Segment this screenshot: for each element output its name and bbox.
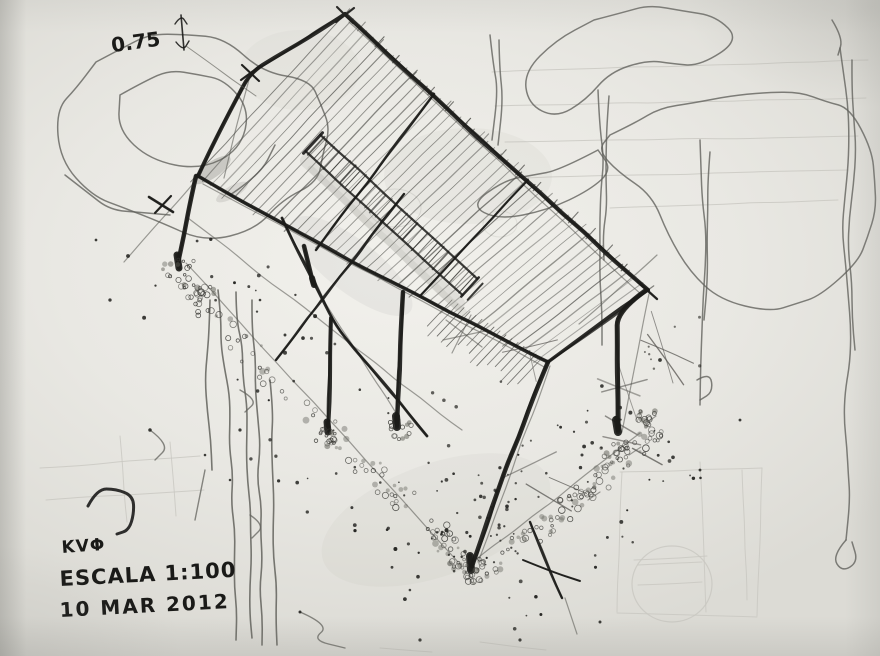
skylight-rung: [319, 147, 335, 164]
stipple-dot: [436, 490, 438, 492]
stipple-dot: [644, 351, 646, 353]
pebble: [335, 446, 338, 449]
tree-trunk: [490, 35, 497, 140]
tree-trunk: [218, 290, 237, 640]
stipple-dot: [653, 367, 655, 369]
pebble: [343, 436, 349, 442]
faint-line: [617, 472, 622, 612]
stipple-dot: [580, 453, 583, 456]
bracing-scratch: [618, 364, 638, 422]
stipple-dot: [268, 438, 271, 441]
pebble: [380, 473, 384, 477]
skylight-rung: [323, 152, 339, 170]
post-foot: [396, 416, 397, 427]
pebble: [182, 260, 184, 262]
stipple-dot: [628, 411, 632, 415]
pebble: [472, 582, 475, 585]
stipple-dot: [126, 254, 130, 258]
stipple-dot: [507, 501, 509, 503]
stipple-dot: [493, 489, 496, 492]
post-foot: [470, 556, 471, 570]
stipple-dot: [403, 597, 407, 601]
frame-pencil-line: [186, 263, 458, 562]
stipple-dot: [307, 478, 309, 480]
stipple-dot: [416, 575, 420, 579]
pebble: [622, 467, 624, 469]
stipple-dot: [255, 290, 257, 292]
stipple-dot: [469, 535, 472, 538]
stipple-dot: [626, 509, 628, 511]
title-block-annotations: KVΦ ESCALA 1:100 10 MAR 2012: [59, 489, 237, 622]
pebble: [354, 466, 357, 469]
stipple-dot: [463, 550, 467, 554]
pebble: [370, 461, 375, 466]
stipple-dot: [334, 343, 337, 346]
stake: [530, 522, 562, 598]
stipple-dot: [658, 358, 662, 362]
scale-label: ESCALA 1:100: [59, 558, 237, 591]
pebble: [361, 459, 365, 463]
stipple-dot: [452, 472, 455, 475]
pebble: [484, 574, 489, 579]
stipple-dot: [353, 529, 356, 532]
pebble: [431, 537, 433, 539]
pebble: [168, 261, 174, 267]
stipple-dot: [306, 510, 309, 513]
skylight-rung: [438, 256, 454, 274]
stipple-dot: [440, 533, 443, 536]
pebble: [186, 295, 191, 300]
skylight-rung: [407, 227, 423, 245]
stipple-dot: [526, 615, 528, 617]
faint-line: [700, 462, 706, 612]
stipple-dot: [537, 496, 539, 498]
pebble: [612, 442, 616, 446]
stipple-dot: [582, 445, 586, 449]
stipple-dot: [517, 454, 519, 456]
stipple-dot: [520, 470, 522, 472]
stipple-dot: [490, 535, 492, 537]
pebble: [400, 425, 404, 429]
stipple-dot: [579, 466, 582, 469]
pebble: [493, 561, 495, 563]
pebble: [334, 420, 337, 423]
pebble: [345, 457, 351, 463]
pebble: [602, 468, 608, 474]
tree-trunk: [836, 540, 856, 569]
pebble: [280, 390, 284, 394]
bracing-scratch: [549, 477, 586, 493]
stipple-dot: [498, 523, 501, 526]
pebble: [313, 408, 318, 413]
pebble: [382, 467, 388, 473]
pebble: [611, 476, 616, 481]
date-label: 10 MAR 2012: [59, 589, 230, 622]
pebble: [453, 570, 456, 573]
stipple-dot: [480, 482, 483, 485]
stipple-dot: [210, 275, 213, 278]
stipple-dot: [539, 613, 542, 616]
stipple-dot: [359, 388, 362, 391]
stipple-dot: [454, 405, 458, 409]
pebble: [624, 455, 628, 459]
pebble: [372, 482, 378, 488]
pebble: [186, 276, 192, 282]
stipple-dot: [456, 512, 458, 514]
pebble: [645, 439, 649, 443]
stipple-dot: [431, 391, 434, 394]
pebble: [522, 537, 527, 542]
faint-line: [620, 468, 762, 472]
pebble: [560, 515, 566, 521]
tree-canopy: [65, 175, 170, 215]
pebble: [465, 571, 467, 573]
pebble: [499, 562, 502, 565]
pebble: [176, 277, 181, 282]
pebble: [398, 487, 403, 492]
pebble: [514, 550, 516, 552]
stipple-dot: [249, 457, 252, 460]
tree-branch: [250, 515, 260, 538]
stipple-dot: [441, 480, 443, 482]
pebble: [521, 531, 525, 535]
stipple-dot: [667, 440, 670, 443]
pebble: [604, 450, 610, 456]
stipple-dot: [277, 479, 280, 482]
pebble: [400, 436, 405, 441]
stipple-dot: [486, 517, 488, 519]
dimension-arrow: [181, 15, 184, 50]
tree-trunk: [832, 20, 841, 55]
faint-line: [170, 442, 176, 516]
stipple-dot: [545, 472, 548, 475]
tree-canopy: [602, 92, 876, 309]
stipple-dot: [238, 428, 241, 431]
stipple-dot: [699, 469, 702, 472]
roof-hatch-line: [492, 246, 603, 334]
stipple-dot: [310, 337, 313, 340]
pebble: [338, 446, 342, 450]
stipple-dot: [204, 454, 207, 457]
stipple-dot: [599, 621, 602, 624]
stipple-dot: [590, 441, 594, 445]
stipple-dot: [587, 410, 589, 412]
stipple-dot: [496, 534, 498, 536]
pebble: [437, 550, 440, 553]
stipple-dot: [650, 358, 652, 360]
stipple-dot: [594, 566, 597, 569]
faint-line: [380, 648, 432, 652]
stipple-dot: [418, 638, 421, 641]
pebble: [548, 515, 553, 520]
stipple-dot: [619, 520, 623, 524]
stipple-dot: [668, 459, 672, 463]
tree-trunk: [236, 292, 252, 638]
pebble: [501, 551, 504, 554]
pebble: [473, 567, 479, 573]
stipple-dot: [301, 336, 305, 340]
stipple-dot: [657, 454, 660, 457]
pebble: [654, 430, 656, 432]
pebble: [393, 484, 397, 488]
stipple-dot: [486, 557, 488, 559]
dimension-label: 0.75: [110, 27, 162, 58]
roof-hatch-line: [500, 252, 610, 338]
stipple-dot: [283, 351, 287, 355]
tree-trunk: [704, 152, 710, 320]
pebble: [342, 426, 348, 432]
pebble: [183, 274, 186, 277]
stipple-dot: [229, 479, 232, 482]
stipple-dot: [259, 299, 262, 302]
stipple-dot: [148, 428, 152, 432]
stipple-dot: [514, 498, 516, 500]
stipple-dot: [618, 406, 622, 410]
stipple-dot: [739, 419, 742, 422]
frame-pencil-line: [622, 294, 649, 432]
pebble: [161, 267, 165, 271]
pebble: [230, 321, 237, 328]
stipple-dot: [699, 477, 702, 480]
stipple-dot: [519, 580, 523, 584]
stipple-dot: [662, 480, 664, 482]
pebble: [436, 531, 439, 534]
tree-trunk: [270, 380, 277, 645]
stipple-dot: [387, 412, 389, 414]
stipple-dot: [478, 474, 480, 476]
roof-hatch-line: [523, 270, 630, 350]
stipple-dot: [465, 531, 468, 534]
pebble: [364, 469, 368, 473]
pebble: [641, 418, 646, 423]
pebble: [659, 434, 662, 437]
skylight-rung: [391, 213, 407, 231]
pebble: [571, 499, 573, 501]
stipple-dot: [671, 455, 675, 459]
pebble: [639, 410, 644, 415]
stipple-dot: [445, 478, 449, 482]
stipple-dot: [648, 479, 650, 481]
faint-line: [638, 562, 702, 565]
stipple-dot: [453, 556, 455, 558]
bracing-scratch: [651, 311, 673, 383]
stipple-dot: [585, 421, 588, 424]
pebble: [509, 539, 515, 545]
stipple-dot: [573, 431, 575, 433]
pebble: [260, 381, 266, 387]
stipple-dot: [698, 364, 701, 367]
stipple-dot: [274, 455, 277, 458]
tree-branch: [300, 612, 345, 648]
tree-branch: [150, 430, 165, 460]
stipple-dot: [614, 416, 618, 420]
stipple-dot: [299, 611, 302, 614]
stipple-dot: [479, 495, 482, 498]
pebble: [284, 397, 287, 400]
tree-trunk: [840, 48, 851, 540]
tree-trunk: [697, 376, 712, 400]
faint-line: [638, 582, 702, 585]
stipple-dot: [530, 440, 532, 442]
stipple-dot: [521, 444, 523, 446]
pebble: [448, 554, 450, 556]
stipple-dot: [237, 379, 239, 381]
pebble: [304, 400, 310, 406]
stipple-dot: [247, 285, 250, 288]
pebble: [641, 434, 647, 440]
faint-line: [757, 468, 762, 616]
post-foot: [616, 420, 618, 432]
dimension-annotation: 0.75: [110, 15, 256, 96]
frame-pencil-line: [565, 598, 577, 634]
stipple-dot: [503, 525, 505, 527]
skylight-rung: [365, 191, 381, 208]
skylight-rung: [418, 237, 433, 253]
stipple-dot: [559, 426, 562, 429]
pebble: [539, 514, 544, 519]
pebble: [555, 516, 559, 520]
pebble: [398, 481, 400, 483]
stipple-dot: [594, 554, 597, 557]
pebble: [551, 524, 554, 527]
stipple-dot: [442, 399, 446, 403]
stipple-dot: [631, 541, 634, 544]
sketch-photo: 0.75 KVΦ ESCALA 1:100 10 MAR 2012: [0, 0, 880, 656]
faint-line: [610, 200, 838, 208]
tree-canopy: [526, 7, 733, 114]
pebble: [587, 481, 589, 483]
faint-line: [617, 613, 757, 617]
stipple-dot: [460, 556, 462, 558]
stipple-dot: [256, 310, 258, 312]
pebble: [601, 465, 604, 468]
tree-trunk: [206, 300, 212, 470]
stipple-dot: [427, 462, 429, 464]
pebble: [397, 438, 400, 441]
faint-line: [480, 642, 546, 650]
pebble: [457, 547, 460, 550]
stipple-dot: [350, 506, 353, 509]
pebble: [616, 442, 620, 446]
pebble: [535, 525, 539, 529]
pebble: [516, 535, 520, 539]
tree-trunk: [603, 96, 609, 260]
pebble: [292, 380, 295, 383]
stipple-dot: [513, 533, 515, 535]
pebble: [593, 465, 599, 471]
pebble: [265, 367, 270, 372]
bracing-scratch: [641, 340, 694, 363]
pebble: [379, 481, 382, 484]
stipple-dot: [689, 474, 691, 476]
stipple-dot: [418, 552, 420, 554]
pebble: [404, 504, 408, 508]
stipple-dot: [386, 528, 389, 531]
pebble: [540, 526, 544, 530]
pebble: [353, 458, 357, 462]
stipple-dot: [353, 523, 357, 527]
pebble: [516, 552, 518, 554]
pebble: [573, 493, 577, 497]
pebble: [192, 259, 195, 262]
pebble: [572, 499, 579, 506]
pebble: [353, 470, 357, 474]
faint-line: [492, 60, 868, 72]
pebble: [485, 564, 487, 566]
stipple-dot: [478, 516, 482, 520]
stipple-dot: [497, 526, 501, 530]
pebble: [432, 540, 439, 547]
stipple-dot: [557, 424, 559, 426]
pebble: [386, 488, 390, 492]
post-foot: [312, 278, 314, 285]
pebble: [211, 291, 216, 296]
stipple-dot: [505, 508, 509, 512]
stipple-dot: [325, 351, 329, 355]
faint-line: [120, 436, 127, 522]
pebble: [379, 462, 382, 465]
stipple-dot: [606, 536, 609, 539]
pebble: [214, 299, 217, 302]
pebble: [314, 439, 318, 443]
pebble: [558, 507, 565, 514]
architectural-sketch: 0.75 KVΦ ESCALA 1:100 10 MAR 2012: [0, 0, 880, 656]
stipple-dot: [388, 397, 390, 399]
stipple-dot: [508, 597, 510, 599]
pebble: [594, 474, 597, 477]
stipple-dot: [498, 466, 501, 469]
stipple-dot: [648, 346, 650, 348]
stipple-dot: [600, 384, 604, 388]
stipple-dot: [295, 481, 299, 485]
pebble: [175, 262, 180, 267]
skylight-rung: [350, 175, 367, 193]
pebble: [528, 528, 532, 532]
stipple-dot: [313, 314, 317, 318]
pebble: [360, 463, 364, 467]
stipple-dot: [196, 240, 199, 243]
stipple-dot: [692, 477, 695, 480]
stipple-dot: [499, 540, 501, 542]
stipple-dot: [233, 281, 236, 284]
roof-hatch-line: [515, 264, 623, 347]
pebble: [236, 339, 239, 342]
stipple-dot: [267, 265, 270, 268]
stipple-dot: [335, 472, 338, 475]
stipple-dot: [409, 589, 412, 592]
stipple-dot: [482, 496, 485, 499]
roof-hatch-line: [534, 283, 643, 363]
stipple-dot: [698, 316, 701, 319]
stipple-dot: [441, 531, 444, 534]
bracing-scratch: [648, 335, 684, 385]
stipple-dot: [407, 542, 410, 545]
pebble: [257, 375, 261, 379]
post: [178, 176, 196, 263]
faint-line: [742, 470, 747, 600]
stipple-dot: [284, 334, 287, 337]
pebble: [447, 561, 452, 566]
stipple-dot: [534, 595, 538, 599]
pebble: [162, 261, 167, 266]
stipple-dot: [600, 447, 602, 449]
stipple-dot: [500, 380, 503, 383]
stipple-dot: [154, 284, 156, 286]
pebble: [643, 445, 650, 452]
stipple-dot: [393, 547, 397, 551]
pebble: [548, 533, 551, 536]
pebble: [568, 516, 573, 521]
